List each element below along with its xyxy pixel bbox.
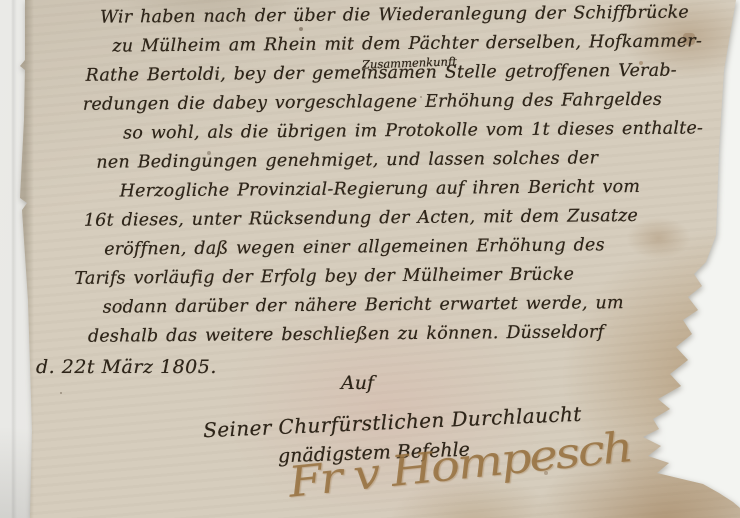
manuscript-body: Wir haben nach der über die Wiederanlegu… xyxy=(0,0,740,353)
ink-specks-and-fox-spots xyxy=(0,0,2,2)
manuscript-paper: Wir haben nach der über die Wiederanlegu… xyxy=(0,0,740,518)
dateline: d. 22t März 1805. xyxy=(36,356,217,378)
closing-intro: Auf xyxy=(341,372,374,394)
photographed-manuscript: Wir haben nach der über die Wiederanlegu… xyxy=(0,0,740,518)
paper-shadow-wrap: Wir haben nach der über die Wiederanlegu… xyxy=(0,0,740,518)
manuscript-line: so wohl, als die übrigen im Protokolle v… xyxy=(123,114,740,148)
manuscript-line: deshalb das weitere beschließen zu könne… xyxy=(88,317,740,352)
